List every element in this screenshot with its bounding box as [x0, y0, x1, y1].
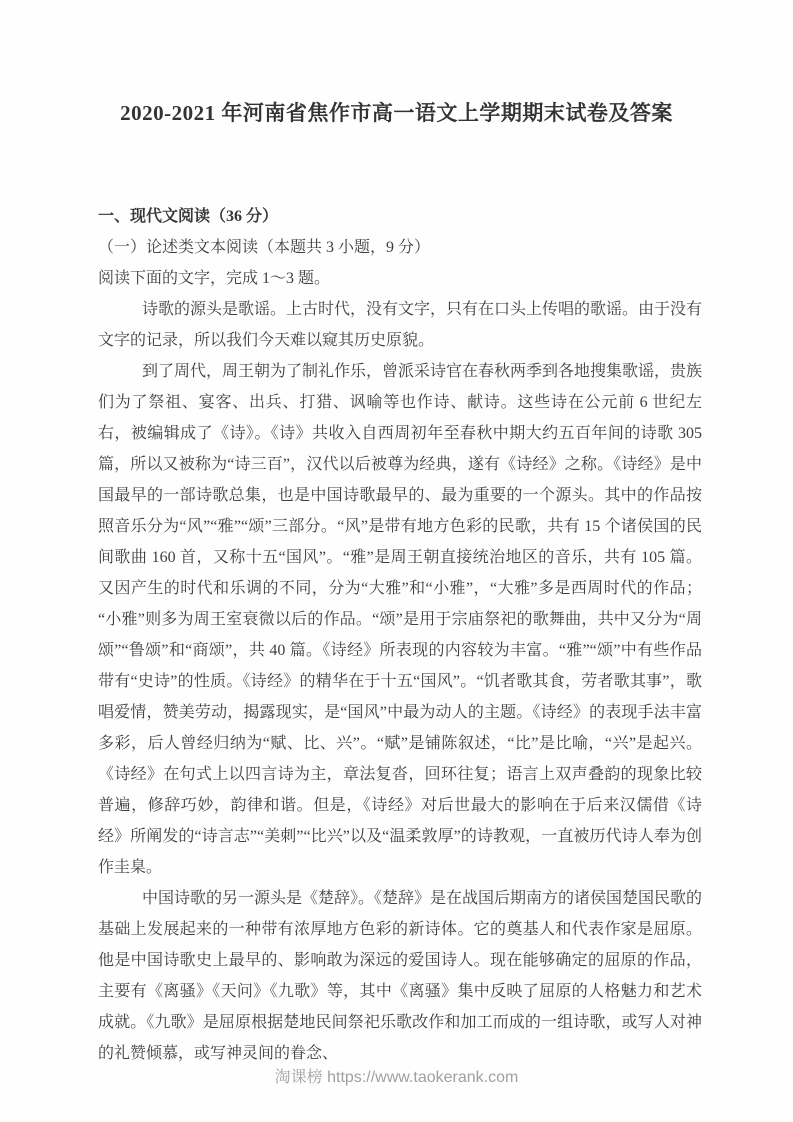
subsection-heading: （一）论述类文本阅读（本题共 3 小题，9 分） [98, 232, 702, 263]
reading-instruction: 阅读下面的文字，完成 1～3 题。 [98, 263, 702, 294]
section-heading: 一、现代文阅读（36 分） [98, 201, 702, 232]
passage-paragraph-1: 诗歌的源头是歌谣。上古时代，没有文字，只有在口头上传唱的歌谣。由于没有文字的记录… [98, 294, 702, 356]
exam-content: 一、现代文阅读（36 分） （一）论述类文本阅读（本题共 3 小题，9 分） 阅… [98, 201, 702, 1069]
page-title: 2020-2021 年河南省焦作市高一语文上学期期末试卷及答案 [0, 97, 793, 127]
passage-paragraph-2: 到了周代，周王朝为了制礼作乐，曾派采诗官在春秋两季到各地搜集歌谣，贵族们为了祭祖… [98, 356, 702, 883]
document-page: 2020-2021 年河南省焦作市高一语文上学期期末试卷及答案 一、现代文阅读（… [0, 0, 793, 1122]
footer: 淘课榜 https://www.taokerank.com [0, 1064, 793, 1087]
passage-paragraph-3: 中国诗歌的另一源头是《楚辞》。《楚辞》是在战国后期南方的诸侯国楚国民歌的基础上发… [98, 883, 702, 1069]
footer-watermark-text: 淘课榜 https://www.taokerank.com [275, 1069, 519, 1086]
